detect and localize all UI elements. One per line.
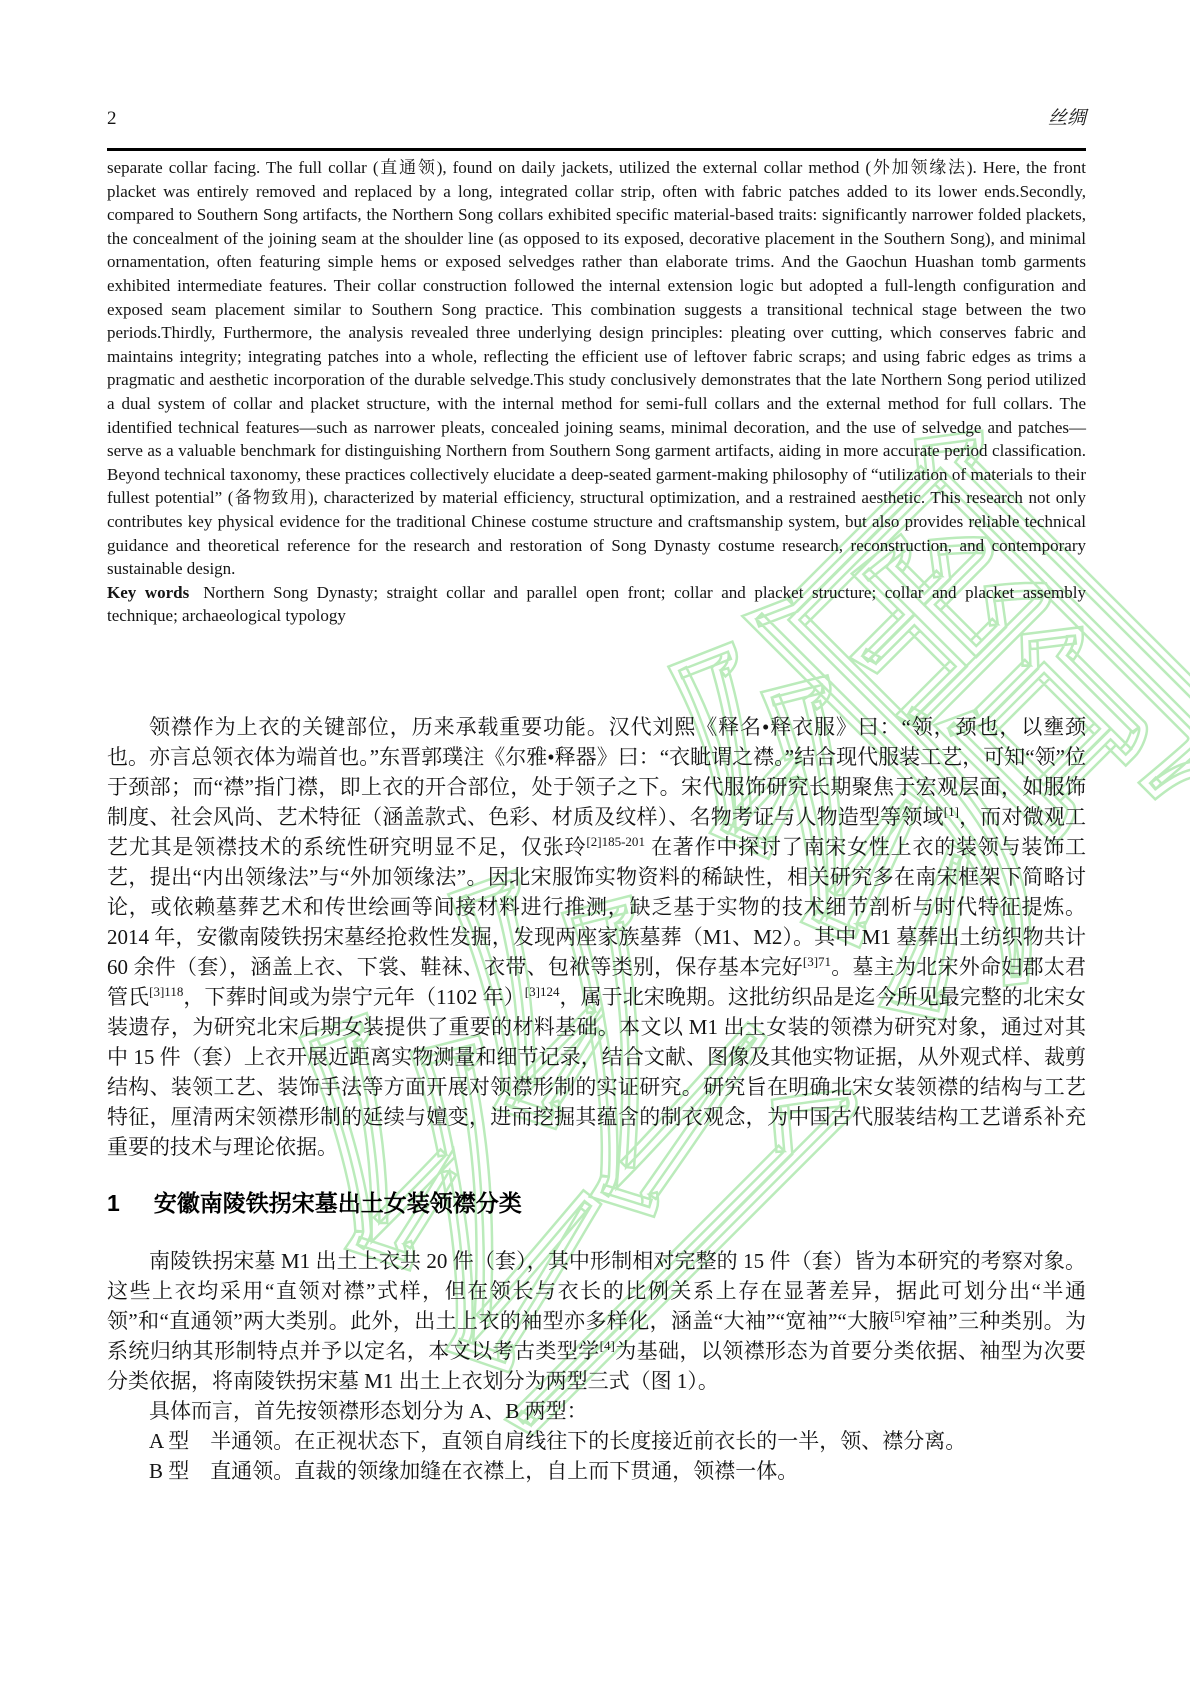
journal-page: 丝绸 2 丝绸 separate collar facing. The full… [0,0,1190,1683]
type-a-line: A 型 半通领。在正视状态下，直领自肩线往下的长度接近前衣长的一半，领、襟分离。 [107,1426,1086,1456]
section-title: 安徽南陵铁拐宋墓出土女装领襟分类 [154,1190,522,1216]
classification-paragraph: 南陵铁拐宋墓 M1 出土上衣共 20 件（套），其中形制相对完整的 15 件（套… [107,1246,1086,1396]
abstract-block: separate collar facing. The full collar … [107,156,1086,628]
type-b-line: B 型 直通领。直裁的领缘加缝在衣襟上，自上而下贯通，领襟一体。 [107,1456,1086,1486]
header-rule [107,148,1086,151]
body-block: 领襟作为上衣的关键部位，历来承载重要功能。汉代刘熙《释名•释衣服》曰：“领，颈也… [107,712,1086,1486]
page-header: 2 丝绸 [107,103,1086,130]
intro-paragraph: 领襟作为上衣的关键部位，历来承载重要功能。汉代刘熙《释名•释衣服》曰：“领，颈也… [107,712,1086,1162]
section-number: 1 [107,1190,120,1216]
keywords-label: Key words [107,583,189,602]
types-intro-line: 具体而言，首先按领襟形态划分为 A、B 两型： [107,1396,1086,1426]
keywords-text: Northern Song Dynasty; straight collar a… [107,583,1086,626]
keywords-line: Key wordsNorthern Song Dynasty; straight… [107,581,1086,628]
section-heading: 1安徽南陵铁拐宋墓出土女装领襟分类 [107,1186,1086,1220]
abstract-paragraph: separate collar facing. The full collar … [107,156,1086,581]
page-number: 2 [107,108,117,130]
journal-name: 丝绸 [1048,103,1086,130]
